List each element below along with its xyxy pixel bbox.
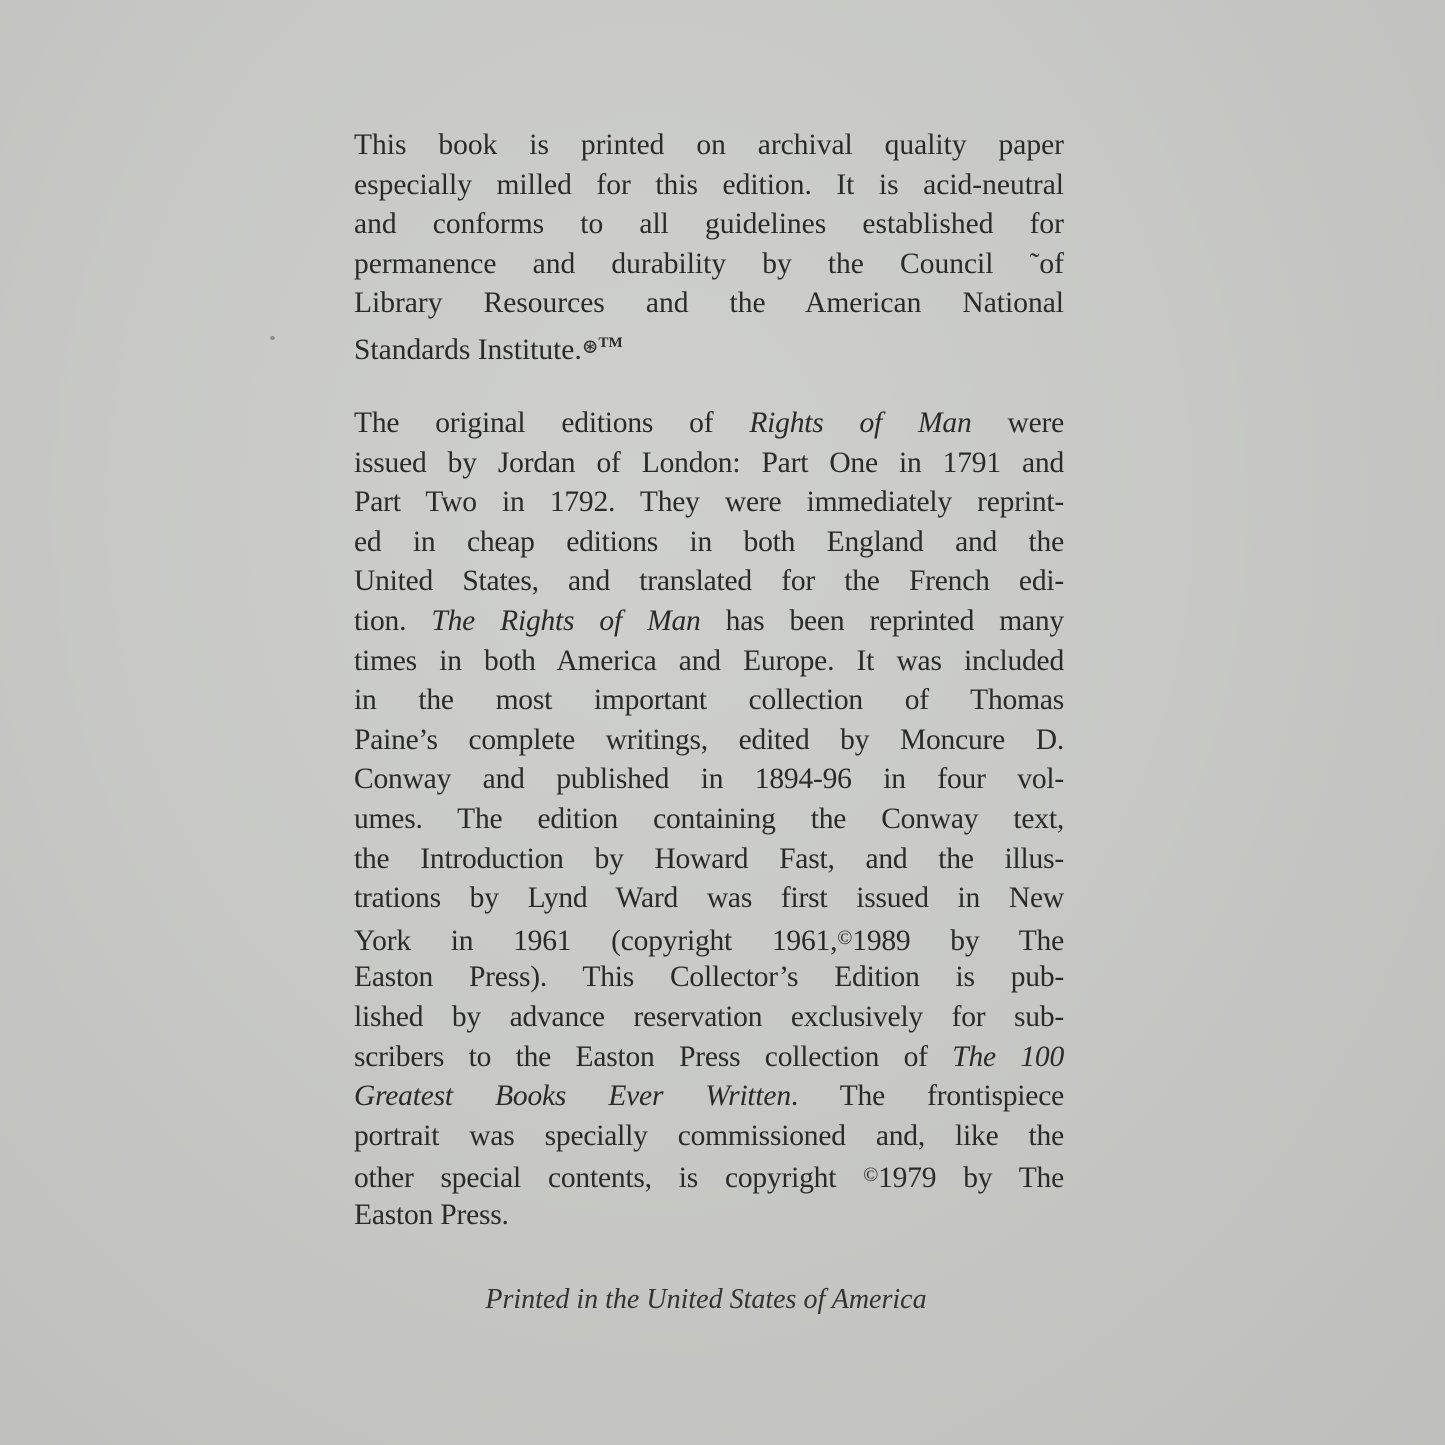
book-title: The Rights of Man xyxy=(431,605,700,637)
edition-history-paragraph: The original editions of Rights of Man w… xyxy=(354,404,1064,1235)
series-title: The 100 xyxy=(952,1041,1064,1073)
text-fragment: 1979 by The xyxy=(878,1162,1064,1194)
book-title: Rights of Man xyxy=(749,407,971,439)
series-title: Greatest Books Ever Written xyxy=(354,1080,791,1112)
text-fragment: The original editions of xyxy=(354,407,749,439)
text-fragment: . The frontispiece xyxy=(791,1080,1064,1112)
text-line: trations by Lynd Ward was first issued i… xyxy=(354,879,1064,919)
text-line: tion. The Rights of Man has been reprint… xyxy=(354,602,1064,642)
text-line: issued by Jordan of London: Part One in … xyxy=(354,444,1064,484)
text-line: especially milled for this edition. It i… xyxy=(354,166,1064,206)
text-line: This book is printed on archival quality… xyxy=(354,126,1064,166)
text-fragment: other special contents, is copyright xyxy=(354,1162,863,1194)
paper-permanence-icon: ⊛ xyxy=(582,336,599,358)
text-line: umes. The edition containing the Conway … xyxy=(354,800,1064,840)
text-line: Paine’s complete writings, edited by Mon… xyxy=(354,721,1064,761)
text-line: United States, and translated for the Fr… xyxy=(354,562,1064,602)
text-line: Conway and published in 1894-96 in four … xyxy=(354,760,1064,800)
text-line: Standards Institute.⊛TM xyxy=(354,324,1064,364)
text-line: lished by advance reservation exclusivel… xyxy=(354,998,1064,1038)
text-line: the Introduction by Howard Fast, and the… xyxy=(354,840,1064,880)
copyright-icon: © xyxy=(863,1164,878,1186)
text-line: The original editions of Rights of Man w… xyxy=(354,404,1064,444)
text-fragment: York in 1961 (copyright 1961, xyxy=(354,925,837,957)
text-line: Greatest Books Ever Written. The frontis… xyxy=(354,1077,1064,1117)
book-copyright-page: This book is printed on archival quality… xyxy=(0,0,1445,1445)
text-fragment: has been reprinted many xyxy=(701,605,1064,637)
text-line: in the most important collection of Thom… xyxy=(354,681,1064,721)
text-fragment: 1989 by The xyxy=(852,925,1064,957)
text-line: and conforms to all guidelines establish… xyxy=(354,205,1064,245)
text-line: other special contents, is copyright ©19… xyxy=(354,1156,1064,1196)
text-fragment: Standards Institute. xyxy=(354,334,582,366)
text-line: Library Resources and the American Natio… xyxy=(354,284,1064,324)
text-line: Easton Press). This Collector’s Edition … xyxy=(354,958,1064,998)
text-line: Easton Press. xyxy=(354,1196,1064,1236)
text-line: times in both America and Europe. It was… xyxy=(354,642,1064,682)
paper-notice-paragraph: This book is printed on archival quality… xyxy=(354,126,1064,364)
text-fragment: tion. xyxy=(354,605,431,637)
copyright-icon: © xyxy=(837,927,852,949)
text-fragment: scribers to the Easton Press collection … xyxy=(354,1041,952,1073)
trademark-mark: TM xyxy=(599,335,623,351)
printed-in-colophon: Printed in the United States of America xyxy=(412,1284,1000,1316)
text-line: scribers to the Easton Press collection … xyxy=(354,1038,1064,1078)
paper-speck xyxy=(270,336,275,340)
text-line: Part Two in 1792. They were immediately … xyxy=(354,483,1064,523)
text-line: permanence and durability by the Council… xyxy=(354,245,1064,285)
text-line: portrait was specially commissioned and,… xyxy=(354,1117,1064,1157)
text-line: York in 1961 (copyright 1961,©1989 by Th… xyxy=(354,919,1064,959)
text-line: ed in cheap editions in both England and… xyxy=(354,523,1064,563)
text-fragment: were xyxy=(972,407,1065,439)
